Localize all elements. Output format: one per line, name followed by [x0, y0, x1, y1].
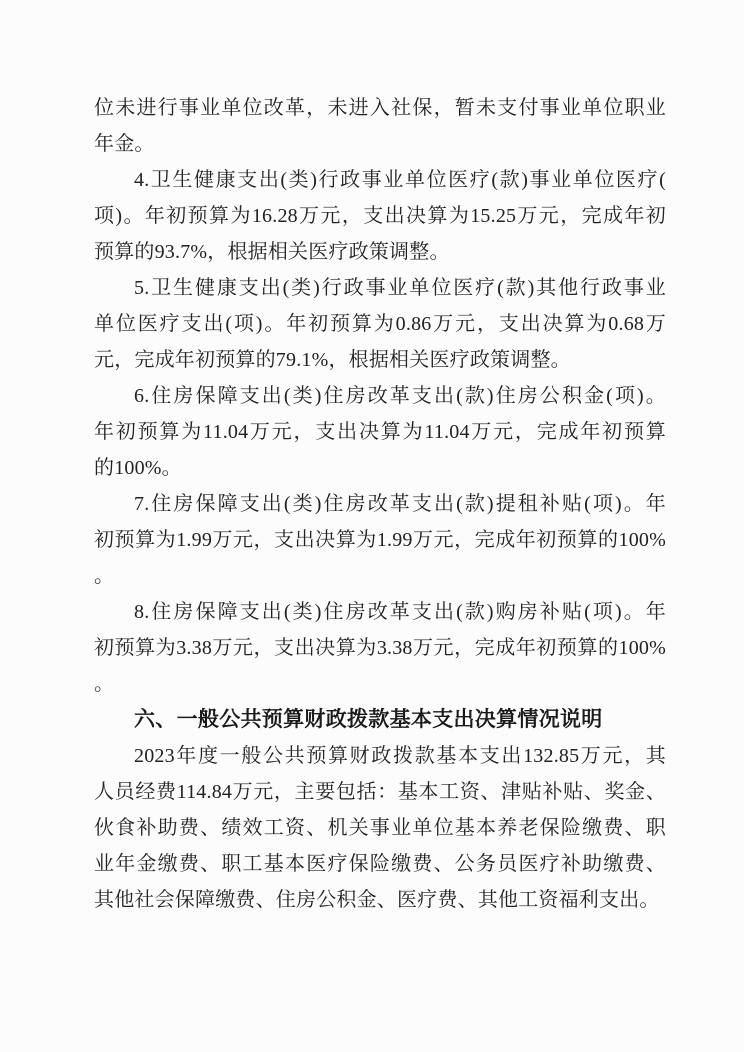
doc-line-9: 年初预算为11.04万元，支出决算为11.04万元，完成年初预算	[94, 414, 666, 450]
doc-line-2: 4.卫生健康支出(类)行政事业单位医疗(款)事业单位医疗(	[94, 162, 666, 198]
doc-line-21: 业年金缴费、职工基本医疗保险缴费、公务员医疗补助缴费、	[94, 846, 666, 882]
doc-line-3: 项)。年初预算为16.28万元，支出决算为15.25万元，完成年初	[94, 198, 666, 234]
doc-line-0: 位未进行事业单位改革，未进入社保，暂未支付事业单位职业	[94, 90, 666, 126]
doc-line-13: 。	[94, 558, 666, 594]
doc-line-16: 。	[94, 666, 666, 702]
doc-line-18: 2023年度一般公共预算财政拨款基本支出132.85万元，其中：	[94, 738, 666, 774]
doc-line-6: 单位医疗支出(项)。年初预算为0.86万元，支出决算为0.68万	[94, 306, 666, 342]
doc-line-14: 8.住房保障支出(类)住房改革支出(款)购房补贴(项)。年	[94, 594, 666, 630]
doc-line-1: 年金。	[94, 126, 666, 162]
doc-line-8: 6.住房保障支出(类)住房改革支出(款)住房公积金(项)。	[94, 378, 666, 414]
doc-line-10: 的100%。	[94, 450, 666, 486]
doc-line-15: 初预算为3.38万元，支出决算为3.38万元，完成年初预算的100%	[94, 630, 666, 666]
doc-line-19: 人员经费114.84万元，主要包括：基本工资、津贴补贴、奖金、	[94, 774, 666, 810]
doc-line-4: 预算的93.7%，根据相关医疗政策调整。	[94, 234, 666, 270]
document-text-column: 位未进行事业单位改革，未进入社保，暂未支付事业单位职业 年金。 4.卫生健康支出…	[94, 90, 666, 918]
section-heading: 六、一般公共预算财政拨款基本支出决算情况说明	[94, 702, 666, 738]
document-page: 位未进行事业单位改革，未进入社保，暂未支付事业单位职业 年金。 4.卫生健康支出…	[0, 0, 744, 1052]
doc-line-20: 伙食补助费、绩效工资、机关事业单位基本养老保险缴费、职	[94, 810, 666, 846]
doc-line-5: 5.卫生健康支出(类)行政事业单位医疗(款)其他行政事业	[94, 270, 666, 306]
doc-line-7: 元，完成年初预算的79.1%，根据相关医疗政策调整。	[94, 342, 666, 378]
doc-line-11: 7.住房保障支出(类)住房改革支出(款)提租补贴(项)。年	[94, 486, 666, 522]
doc-line-12: 初预算为1.99万元，支出决算为1.99万元，完成年初预算的100%	[94, 522, 666, 558]
doc-line-22: 其他社会保障缴费、住房公积金、医疗费、其他工资福利支出。	[94, 882, 666, 918]
